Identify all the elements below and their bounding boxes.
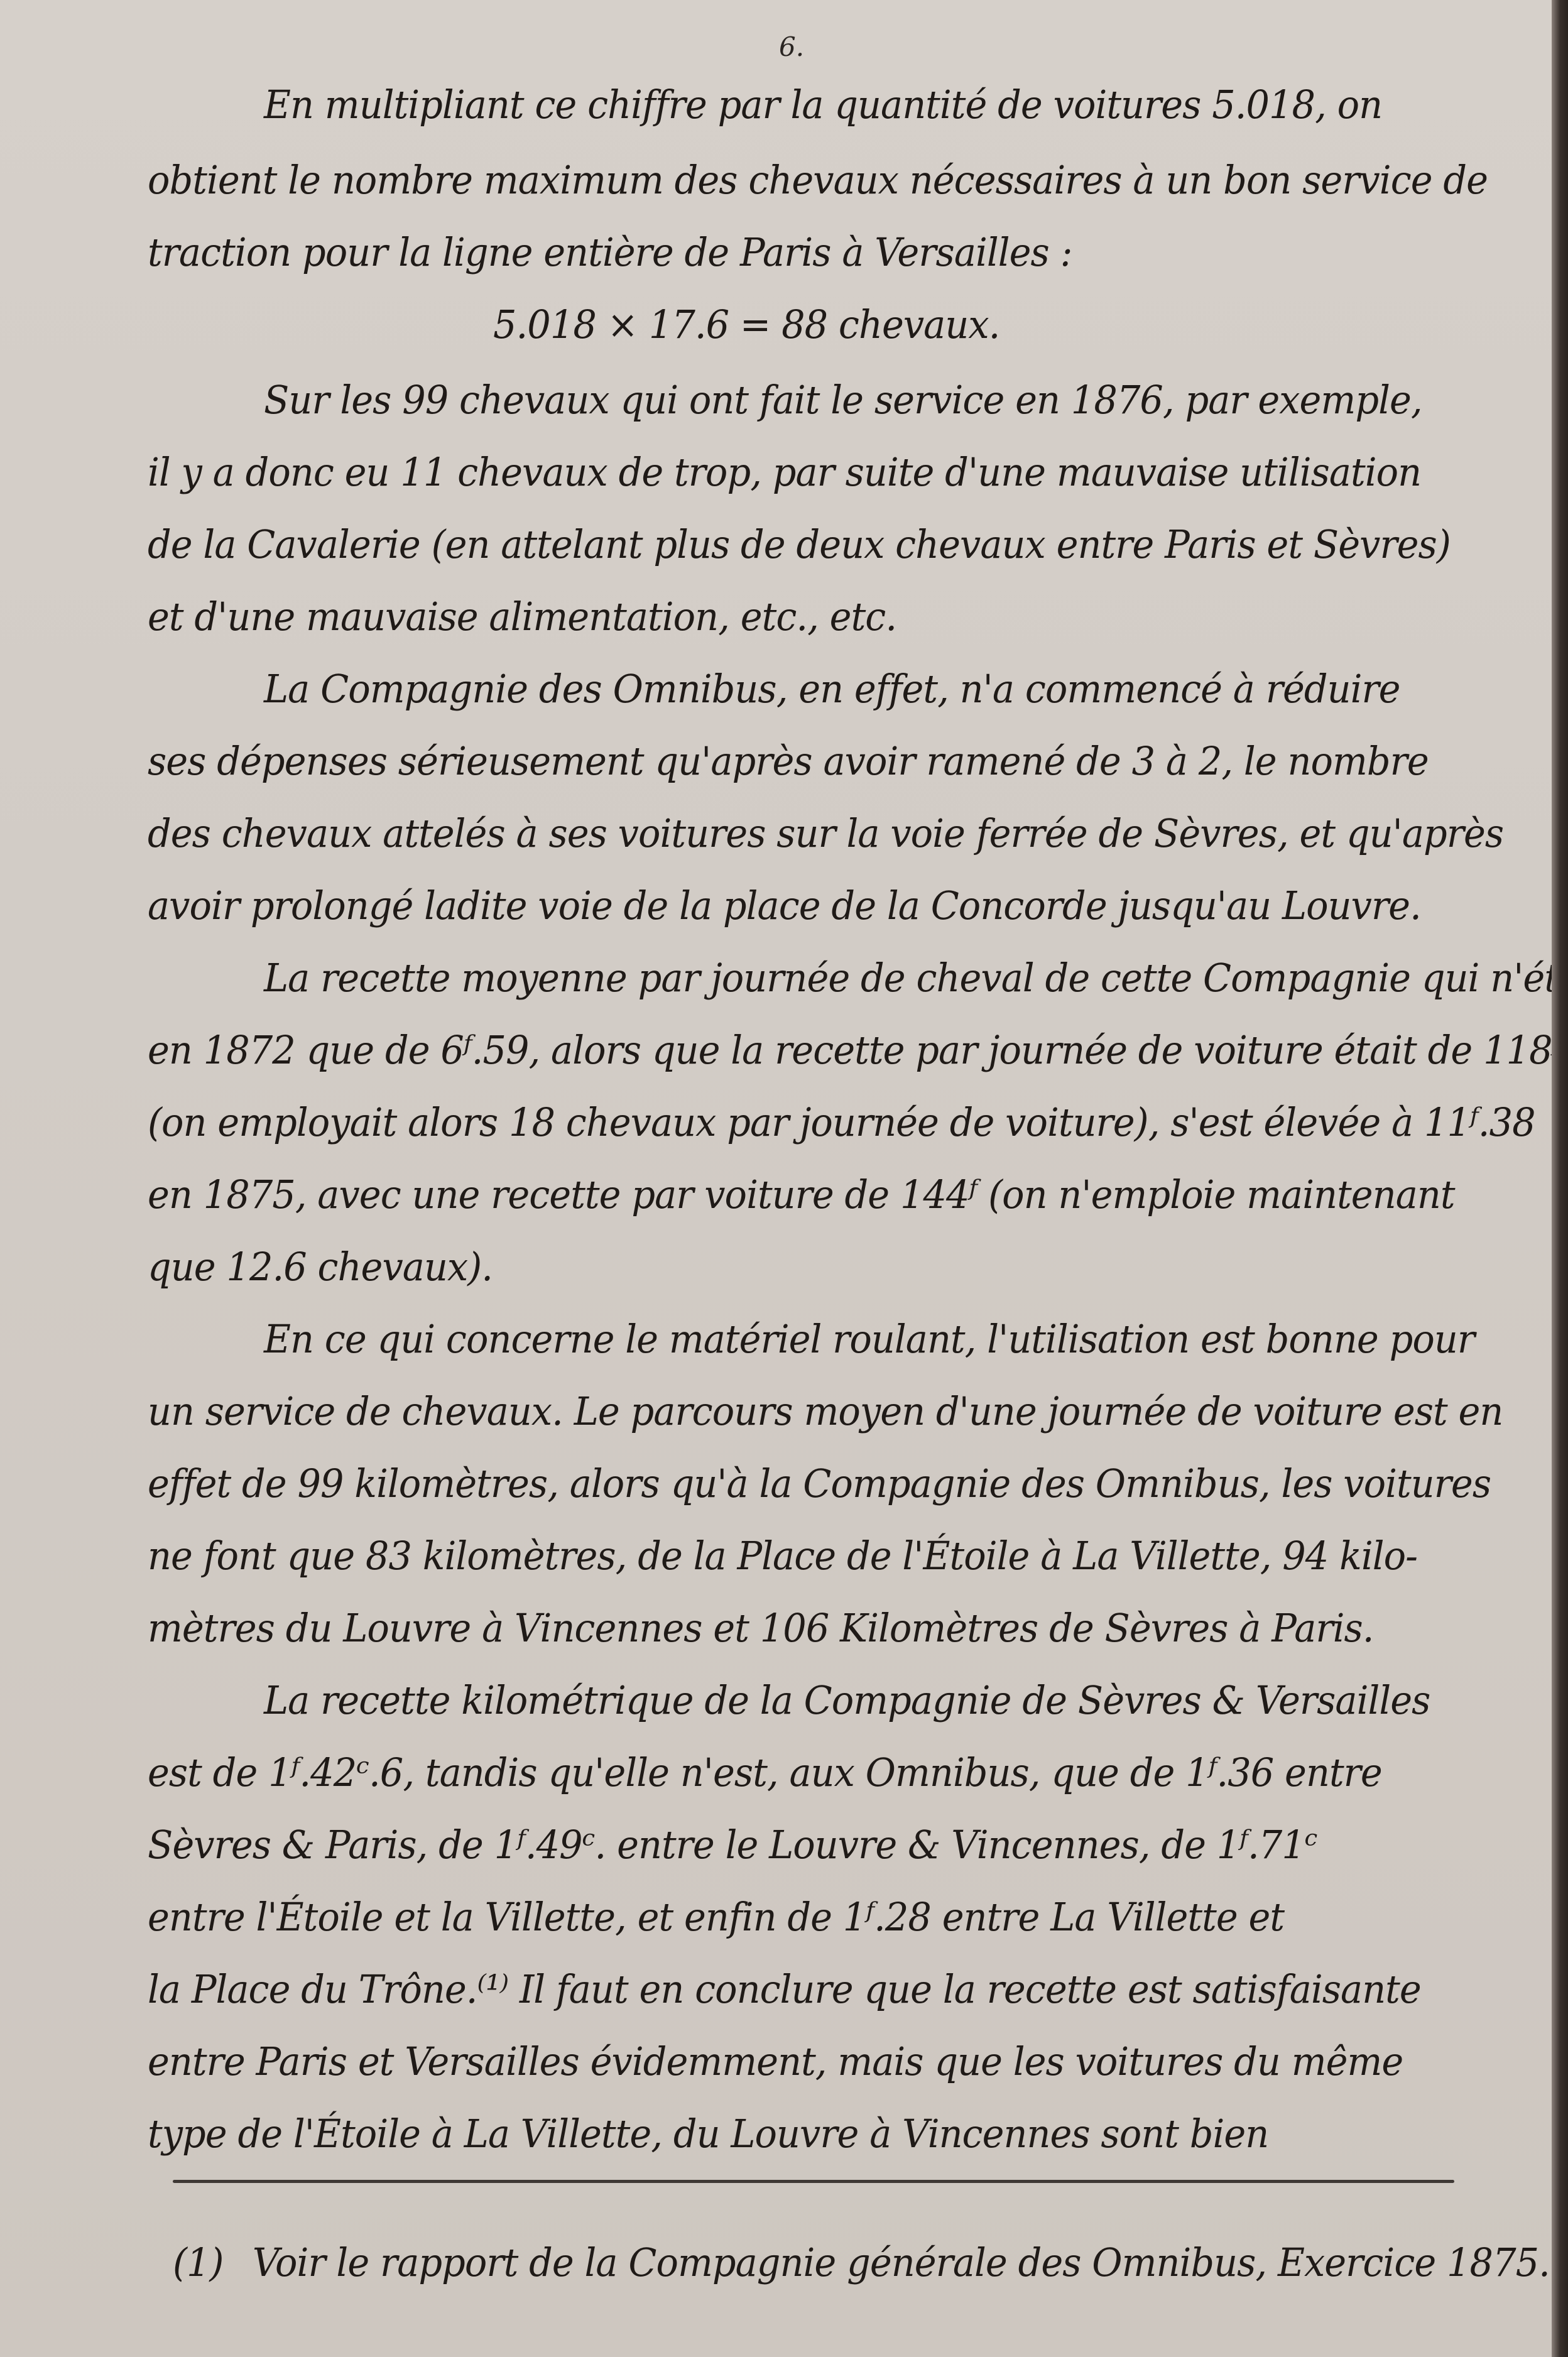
manuscript-line: la Place du Trône.⁽¹⁾ Il faut en conclur…: [148, 1966, 1421, 2012]
manuscript-line: Sur les 99 chevaux qui ont fait le servi…: [264, 377, 1422, 423]
manuscript-line: entre Paris et Versailles évidemment, ma…: [148, 2039, 1403, 2084]
manuscript-line: il y a donc eu 11 chevaux de trop, par s…: [148, 449, 1421, 495]
footnote-text: Voir le rapport de la Compagnie générale…: [253, 2240, 1550, 2285]
manuscript-line: entre l'Étoile et la Villette, et enfin …: [148, 1894, 1284, 1940]
manuscript-line: et d'une mauvaise alimentation, etc., et…: [148, 594, 896, 640]
manuscript-line: 5.018 × 17.6 = 88 chevaux.: [493, 302, 999, 347]
manuscript-line: ne font que 83 kilomètres, de la Place d…: [148, 1533, 1417, 1579]
manuscript-line: ses dépenses sérieusement qu'après avoir…: [148, 738, 1429, 784]
manuscript-line: un service de chevaux. Le parcours moyen…: [148, 1388, 1503, 1434]
manuscript-line: type de l'Étoile à La Villette, du Louvr…: [148, 2111, 1268, 2157]
footnote-marker: (1): [173, 2240, 224, 2285]
manuscript-page: 6. En multipliant ce chiffre par la quan…: [0, 0, 1552, 2357]
manuscript-line: En multipliant ce chiffre par la quantit…: [264, 82, 1382, 128]
manuscript-line: La recette moyenne par journée de cheval…: [264, 955, 1568, 1001]
manuscript-line: (on employait alors 18 chevaux par journ…: [148, 1099, 1535, 1145]
manuscript-line: traction pour la ligne entière de Paris …: [148, 229, 1072, 275]
manuscript-line: En ce qui concerne le matériel roulant, …: [264, 1316, 1474, 1362]
manuscript-line: mètres du Louvre à Vincennes et 106 Kilo…: [148, 1605, 1374, 1651]
manuscript-line: avoir prolongé ladite voie de la place d…: [148, 883, 1421, 928]
manuscript-line: obtient le nombre maximum des chevaux né…: [148, 157, 1488, 203]
manuscript-line: que 12.6 chevaux).: [148, 1244, 493, 1290]
manuscript-line: La recette kilométrique de la Compagnie …: [264, 1677, 1430, 1723]
manuscript-line: en 1872 que de 6ᶠ.59, alors que la recet…: [148, 1027, 1568, 1073]
manuscript-line: en 1875, avec une recette par voiture de…: [148, 1172, 1455, 1217]
manuscript-line: Sèvres & Paris, de 1ᶠ.49ᶜ. entre le Louv…: [148, 1822, 1317, 1868]
manuscript-line: de la Cavalerie (en attelant plus de deu…: [148, 521, 1451, 567]
manuscript-line: est de 1ᶠ.42ᶜ.6, tandis qu'elle n'est, a…: [148, 1750, 1382, 1795]
manuscript-line: effet de 99 kilomètres, alors qu'à la Co…: [148, 1461, 1491, 1506]
footnote: (1) Voir le rapport de la Compagnie géné…: [173, 2240, 1550, 2285]
page-number: 6.: [779, 31, 804, 62]
footnote-divider: [173, 2180, 1454, 2183]
manuscript-line: des chevaux attelés à ses voitures sur l…: [148, 810, 1503, 856]
manuscript-line: La Compagnie des Omnibus, en effet, n'a …: [264, 666, 1400, 712]
page-binding-edge: [1552, 0, 1568, 2357]
